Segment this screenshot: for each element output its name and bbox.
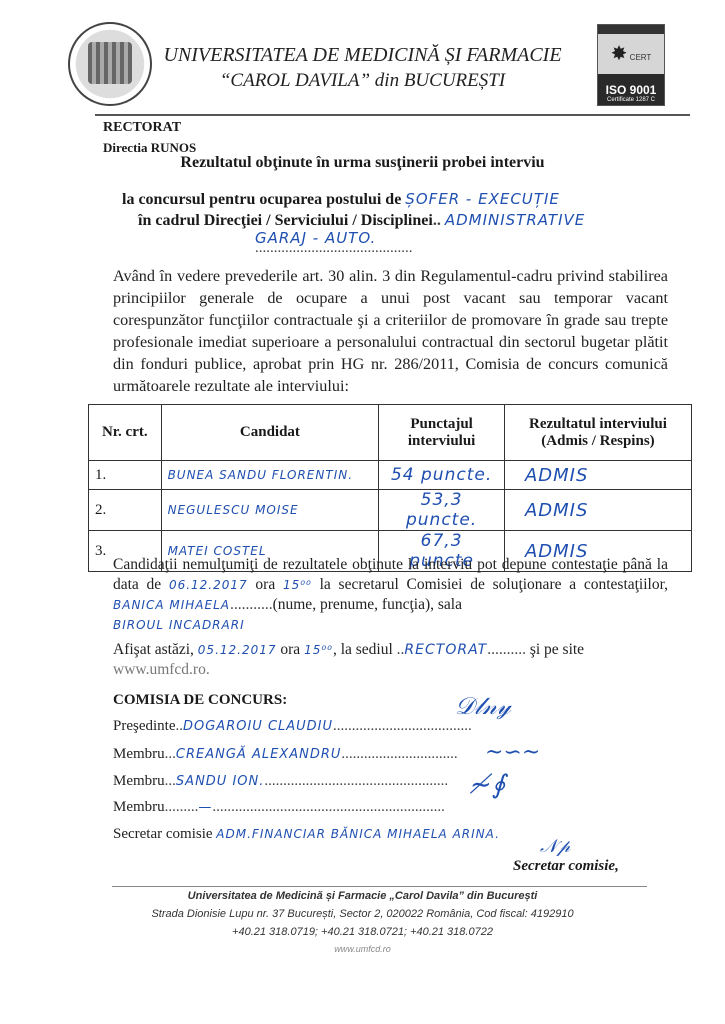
signature-member-2: ≁∮ xyxy=(470,770,505,800)
footer-university: Universitatea de Medicină și Farmacie „C… xyxy=(0,890,725,902)
commission-secretary: Secretar comisie ADM.FINANCIAR BĂNICA MI… xyxy=(113,826,500,843)
candidate-name: BUNEA SANDU FLORENTIN. xyxy=(161,461,379,490)
table-row: 2. NEGULESCU MOISE 53,3 puncte. ADMIS xyxy=(89,490,692,531)
document-title: Rezultatul obţinute în urma susţinerii p… xyxy=(0,154,725,172)
contestatii-paragraph: Candidaţii nemulţumiţi de rezultatele ob… xyxy=(113,555,668,635)
footer-phones: +40.21 318.0719; +40.21 318.0721; +40.21… xyxy=(0,926,725,938)
secretary-signature-label: Secretar comisie, xyxy=(513,858,619,875)
contestatii-hour: 15⁰⁰ xyxy=(283,578,312,592)
candidate-name: NEGULESCU MOISE xyxy=(161,490,379,531)
candidate-score: 54 puncte. xyxy=(379,461,505,490)
posted-date: 05.12.2017 xyxy=(198,643,277,657)
candidate-result: ADMIS xyxy=(504,490,691,531)
candidate-result: ADMIS xyxy=(504,461,691,490)
department-value-2-line: GARAJ - AUTO. ..........................… xyxy=(255,229,413,257)
office-rectorat: RECTORAT xyxy=(103,120,181,136)
posted-location: RECTORAT xyxy=(404,642,487,658)
footer-divider xyxy=(112,886,647,887)
col-candidat: Candidat xyxy=(161,405,379,461)
signature-secretary: 𝒩𝓅 xyxy=(540,836,570,857)
posted-hour: 15⁰⁰ xyxy=(304,643,333,657)
signature-member-1: ~∽~ xyxy=(485,740,540,765)
legal-paragraph: Având în vedere prevederile art. 30 alin… xyxy=(113,265,668,397)
commission-member-1: Membru...CREANGĂ ALEXANDRU..............… xyxy=(113,746,458,763)
footer-address: Strada Dionisie Lupu nr. 37 București, S… xyxy=(0,908,725,920)
contestatii-room: BIROUL INCADRARI xyxy=(113,618,245,632)
commission-title: COMISIA DE CONCURS: xyxy=(113,692,287,709)
commission-president: Preşedinte..DOGAROIU CLAUDIU............… xyxy=(113,718,472,735)
posted-line: Afişat astăzi, 05.12.2017 ora 15⁰⁰, la s… xyxy=(113,640,668,680)
department-value: ADMINISTRATIVE xyxy=(445,211,585,229)
signature-president: 𝒟𝓁𝓃𝓎 xyxy=(455,692,511,720)
site-link[interactable]: www.umfcd.ro. xyxy=(113,661,210,678)
iso-label: ISO 9001 xyxy=(598,83,664,97)
col-rezultat: Rezultatul interviului (Admis / Respins) xyxy=(504,405,691,461)
table-row: 1. BUNEA SANDU FLORENTIN. 54 puncte. ADM… xyxy=(89,461,692,490)
iso-certification-logo: ✸ CERT ISO 9001 Certificate 1287 C xyxy=(597,24,665,106)
post-value: ȘOFER - EXECUȚIE xyxy=(405,190,560,208)
commission-member-2: Membru...SANDU ION......................… xyxy=(113,773,448,790)
header-divider xyxy=(95,114,690,116)
results-table: Nr. crt. Candidat Punctajul interviului … xyxy=(88,404,692,572)
candidate-score: 53,3 puncte. xyxy=(379,490,505,531)
contestatii-secretary: BANICA MIHAELA xyxy=(113,598,230,612)
col-nr: Nr. crt. xyxy=(89,405,162,461)
post-line: la concursul pentru ocuparea postului de… xyxy=(122,190,560,209)
certificate-number: Certificate 1287 C xyxy=(598,97,664,103)
commission-member-3: Membru.........—........................… xyxy=(113,799,445,816)
footer-website[interactable]: www.umfcd.ro xyxy=(0,944,725,954)
cert-star-icon: ✸ xyxy=(611,43,628,65)
col-punctaj: Punctajul interviului xyxy=(379,405,505,461)
department-line: în cadrul Direcţiei / Serviciului / Disc… xyxy=(138,211,585,230)
contestatii-date: 06.12.2017 xyxy=(169,578,248,592)
